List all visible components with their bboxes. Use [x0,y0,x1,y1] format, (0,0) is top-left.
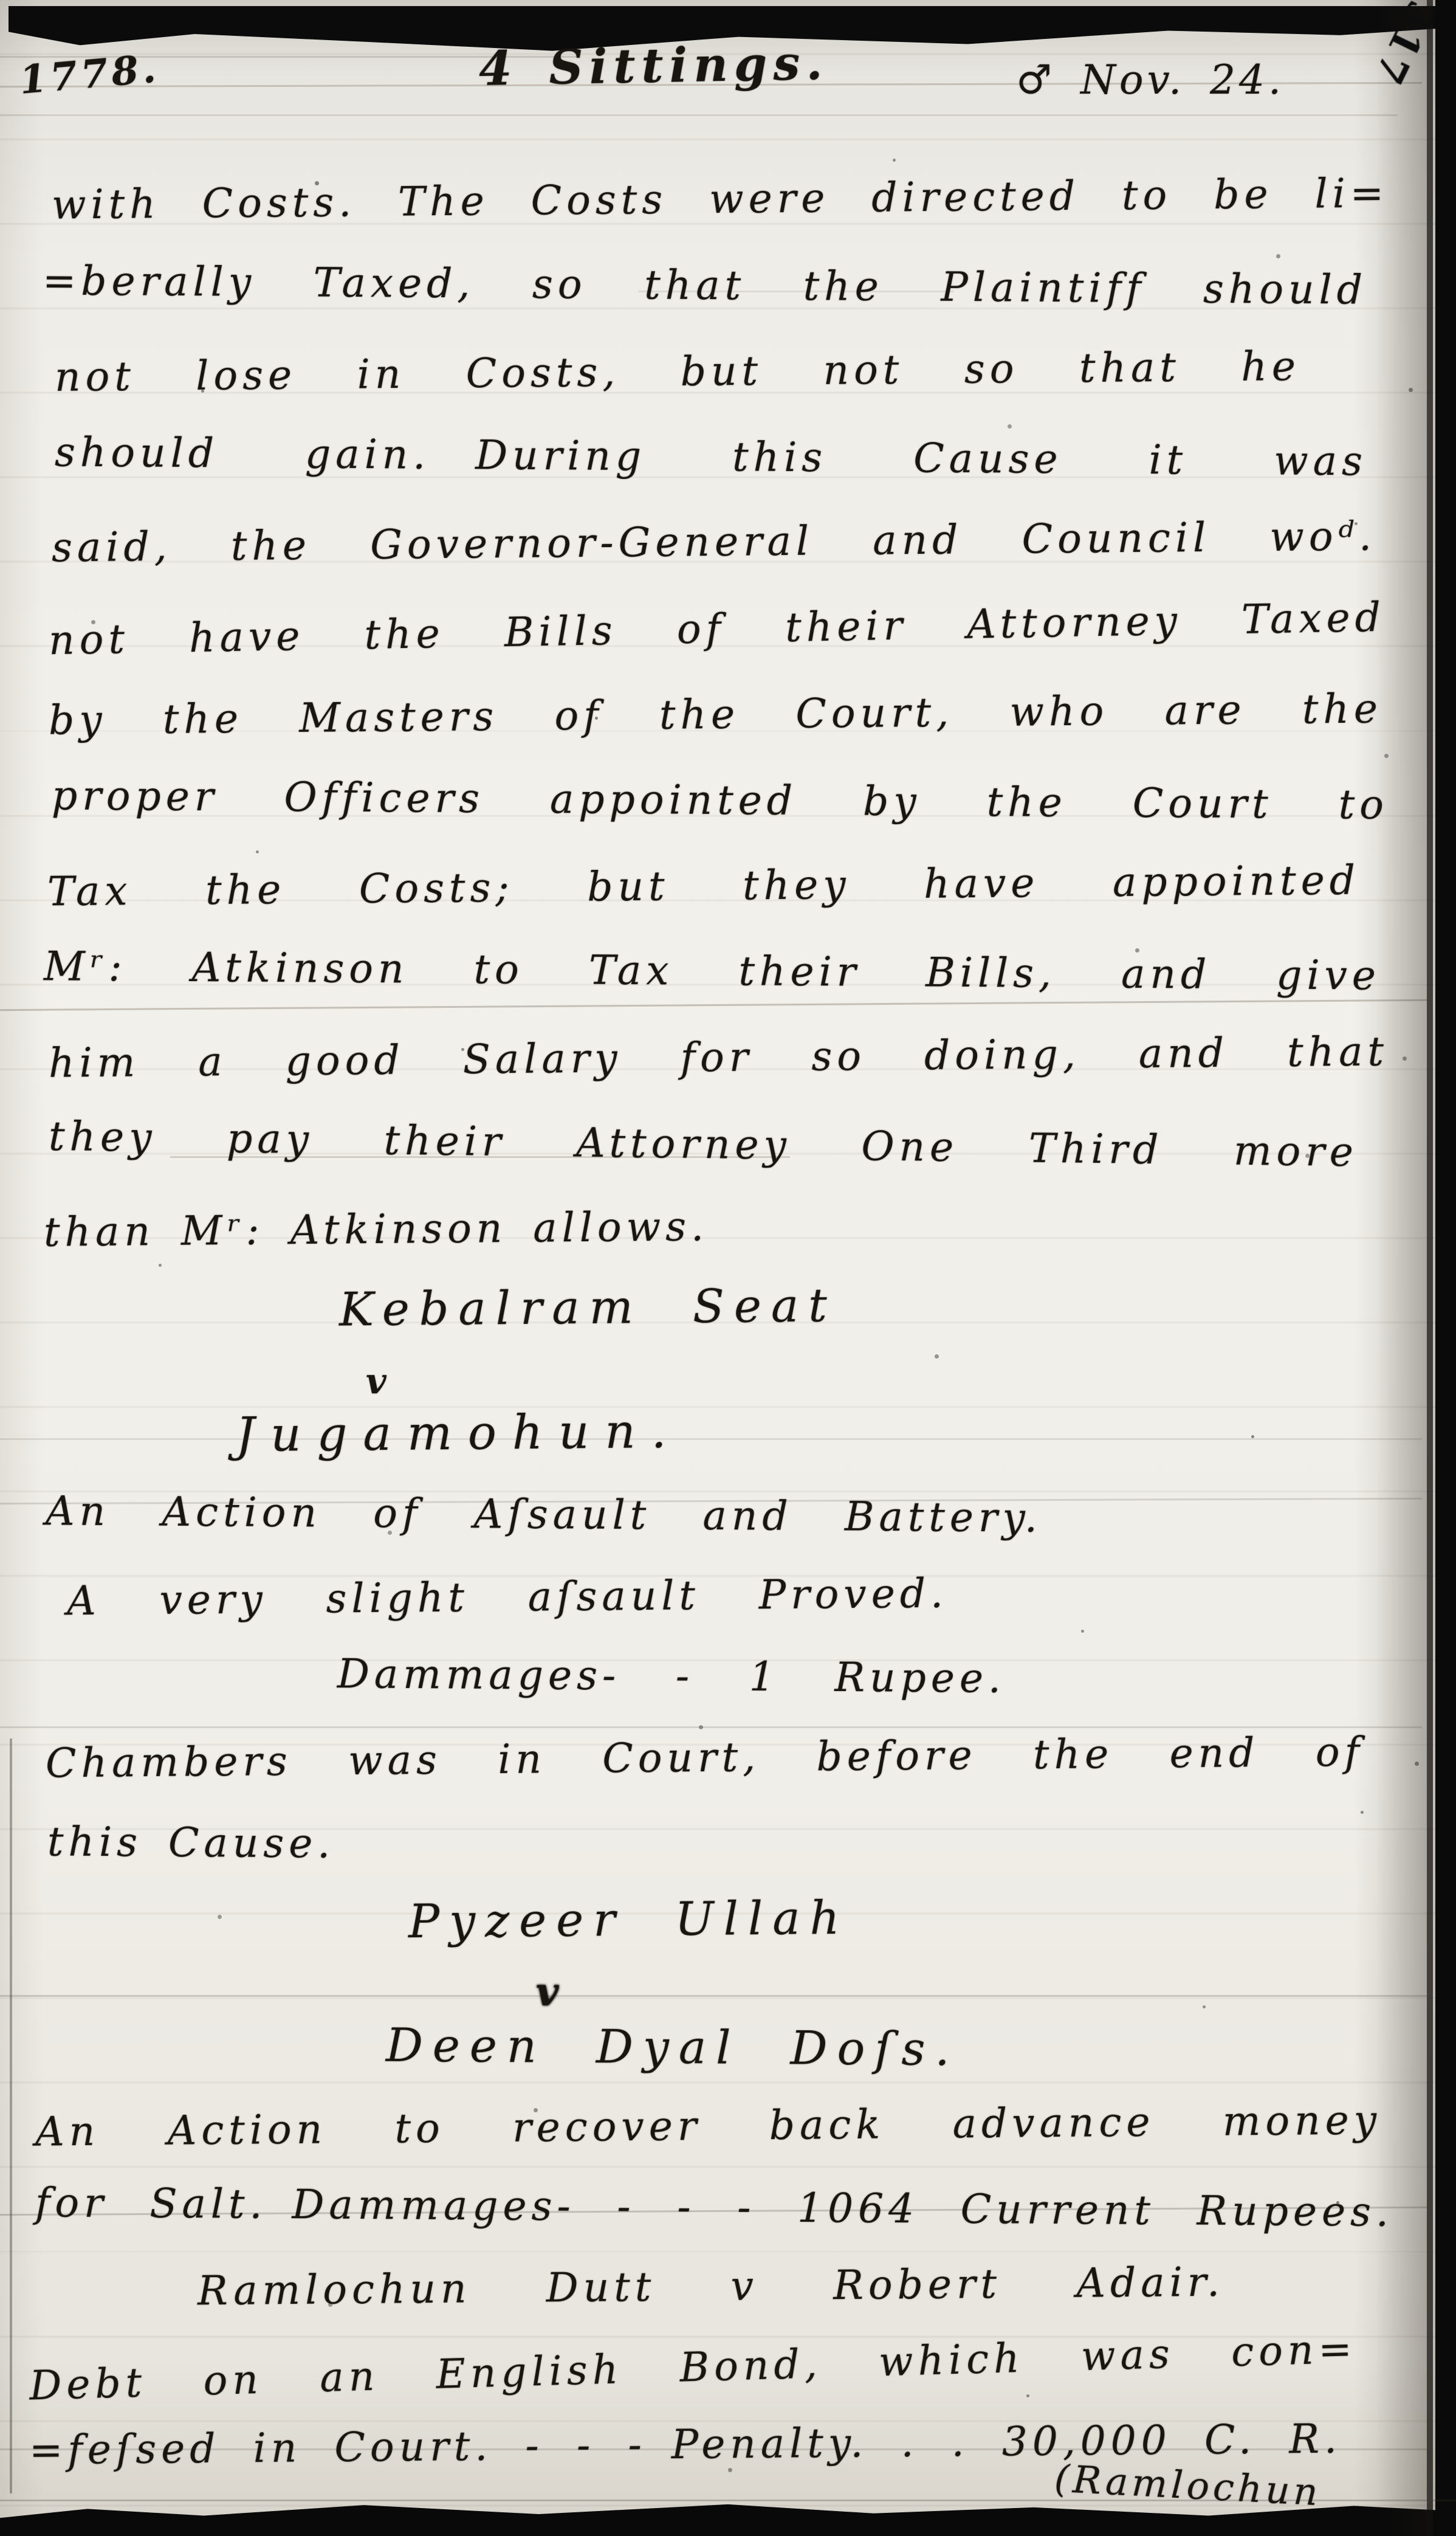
ruled-line [0,1726,1422,1728]
defendant-name: Jugamohun. [236,1404,682,1464]
manuscript-line: not have the Bills of their Attorney Tax… [48,593,1386,665]
manuscript-line: said, the Governor-General and Council w… [52,512,1377,571]
versus-mark: v [536,1969,558,2016]
ruled-line [0,114,1398,116]
damages-note: for Salt. Dammages- - - - 1064 Current R… [35,2179,1393,2236]
case-note: An Action to recover back advance money [35,2096,1382,2156]
manuscript-line: not lose in Costs, but not so that he [55,342,1301,401]
plaintiff-name: Pyzeer Ullah [408,1890,850,1949]
manuscript-line: Tax the Costs; but they have appointed [47,856,1361,916]
manuscript-line: =berally Taxed, so that the Plaintiff sh… [43,257,1367,314]
manuscript-line: Chambers was in Court, before the end of [46,1728,1365,1788]
damages-note: Dammages- - 1 Rupee. [337,1650,1006,1703]
page-gutter-shading [1376,0,1427,2536]
manuscript-page: 1778. 4 Sittings. ♂ Nov. 24. 317 with Co… [0,0,1456,2536]
manuscript-line: with Costs. The Costs were directed to b… [52,169,1389,229]
defendant-name: Deen Dyal Doſs. [386,2017,960,2077]
catchword: (Ramlochun [1053,2456,1322,2515]
ink-speckles [0,0,2,2]
page-heading: 4 Sittings. [478,35,829,98]
ruled-line [0,1995,1428,1997]
date-label: ♂ Nov. 24. [1016,56,1285,104]
case-note: A very slight aſsault Proved. [67,1569,949,1625]
case-note: Debt on an English Bond, which was con= [29,2325,1357,2410]
case-title: Ramlochun Dutt v Robert Adair. [197,2258,1225,2315]
manuscript-line: they pay their Attorney One Third more [49,1112,1359,1177]
manuscript-line: this Cause. [47,1818,335,1867]
plaintiff-name: Kebalram Seat [339,1277,837,1337]
versus-mark: v [366,1360,386,1403]
manuscript-line: by the Masters of the Court, who are the [49,684,1383,744]
manuscript-line: should gain. During this Cause it was [55,428,1368,485]
left-margin-line [10,1738,12,2493]
case-note: An Action of Aſsault and Battery. [46,1487,1043,1542]
manuscript-line: than Mʳ: Atkinson allows. [44,1202,709,1256]
ruled-line [0,999,1428,1011]
ruled-line [0,1438,1422,1440]
manuscript-line: Mʳ: Atkinson to Tax their Bills, and giv… [44,942,1381,1000]
page-edge-line [1427,0,1433,2536]
scan-border-right [1435,0,1456,2536]
manuscript-line: proper Officers appointed by the Court t… [52,771,1389,829]
manuscript-line: him a good Salary for so doing, and that [49,1027,1389,1087]
year-label: 1778. [18,46,161,105]
